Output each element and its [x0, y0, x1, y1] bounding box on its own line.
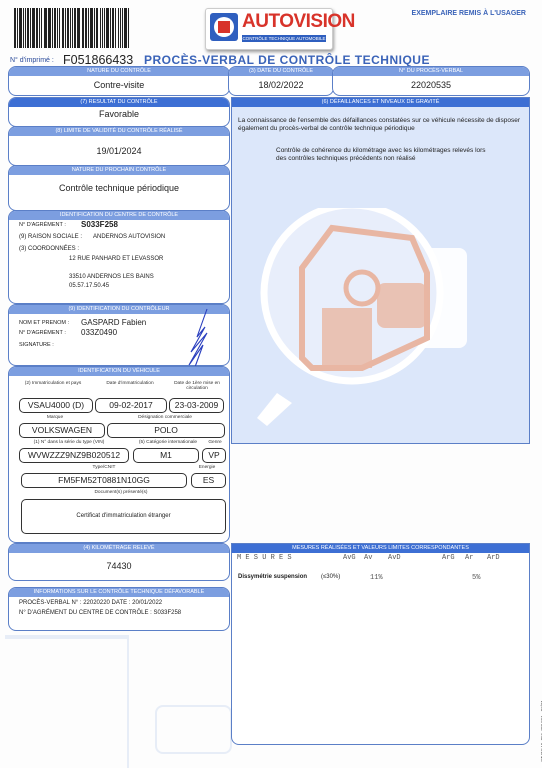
address-line1: 12 RUE PANHARD ET LEVASSOR	[69, 256, 163, 262]
resultat-value: Favorable	[9, 109, 229, 119]
defaillances-panel: (6) DÉFAILLANCES ET NIVEAUX DE GRAVITÉ L…	[231, 97, 530, 444]
col-arg: ArG	[442, 554, 455, 562]
resultat-header: (7) RESULTAT DU CONTRÔLE	[9, 98, 229, 107]
logo-name: AUTOVISION	[242, 11, 355, 33]
date-immat-label: Date d'immatriculation	[95, 381, 165, 386]
col-ard: ArD	[487, 554, 500, 562]
stamp-area	[5, 635, 129, 768]
date-controle-header: (3) DATE DU CONTRÔLE	[229, 67, 333, 76]
col-av: Av	[364, 554, 372, 562]
controleur-nom-label: NOM ET PRENOM :	[19, 320, 69, 326]
genre-label: Genre	[205, 440, 225, 445]
col-avg: AvG	[343, 554, 356, 562]
nature-controle-value: Contre-visite	[9, 80, 229, 90]
col-ar: Ar	[465, 554, 473, 562]
mesure-limit: (≤30%)	[321, 574, 340, 580]
address-line2: 33510 ANDERNOS LES BAINS	[69, 274, 154, 280]
resultat-box: (7) RESULTAT DU CONTRÔLE Favorable	[8, 97, 230, 127]
defavorable-header: INFORMATIONS SUR LE CONTRÔLE TECHNIQUE D…	[9, 588, 229, 597]
defavorable-line2: N° D'AGRÉMENT DU CENTRE DE CONTRÔLE : S0…	[19, 610, 181, 616]
energie-label: Energie	[189, 465, 225, 470]
logo-subtitle: CONTRÔLE TECHNIQUE AUTOMOBILE	[242, 35, 326, 42]
coordonnees-label: (3) COORDONNÉES :	[19, 246, 79, 252]
date-immat-field: 09-02-2017	[95, 398, 167, 413]
controleur-nom-value: GASPARD Fabien	[81, 318, 146, 327]
mesure-name: Dissymétrie suspension	[238, 574, 307, 580]
defavorable-line1: PROCÈS-VERBAL N° : 22020220 DATE : 20/01…	[19, 600, 162, 606]
kilometrage-box: (4) KILOMÉTRAGE RELEVÉ 74430	[8, 543, 230, 581]
designation-label: Désignation commerciale	[107, 415, 223, 420]
autovision-logo: AUTOVISION CONTRÔLE TECHNIQUE AUTOMOBILE	[205, 8, 333, 50]
immat-field: VSAU4000 (D)	[19, 398, 93, 413]
date-controle-value: 18/02/2022	[229, 80, 333, 90]
signature-label: SIGNATURE :	[19, 342, 54, 348]
pv-number-box: N° DU PROCÈS-VERBAL 22020535	[332, 66, 530, 96]
barcode	[14, 8, 130, 48]
vehicule-header: IDENTIFICATION DU VÉHICULE	[9, 367, 229, 376]
vin-field: WVWZZZ9NZ9B020512	[19, 448, 129, 463]
type-field: FM5FM52T0881N10GG	[21, 473, 187, 488]
nature-controle-header: NATURE DU CONTRÔLE	[9, 67, 229, 76]
documents-label: Document(s) présenté(s)	[19, 490, 223, 495]
prochain-controle-header: NATURE DU PROCHAIN CONTRÔLE	[9, 166, 229, 175]
nature-controle-box: NATURE DU CONTRÔLE Contre-visite	[8, 66, 230, 96]
date-controle-box: (3) DATE DU CONTRÔLE 18/02/2022	[228, 66, 334, 96]
energie-field: ES	[191, 473, 226, 488]
prochain-controle-value: Contrôle technique périodique	[9, 183, 229, 193]
designation-field: POLO	[107, 423, 225, 438]
kilometrage-value: 74430	[9, 561, 229, 571]
mesure-av-value: 11%	[370, 574, 383, 582]
validite-value: 19/01/2024	[9, 146, 229, 156]
centre-agrement-value: S033F258	[81, 220, 118, 229]
phone: 05.57.17.50.45	[69, 283, 109, 289]
kilometrage-header: (4) KILOMÉTRAGE RELEVÉ	[9, 544, 229, 553]
magnifier-car-watermark-icon	[252, 208, 522, 428]
pv-number-header: N° DU PROCÈS-VERBAL	[333, 67, 529, 76]
vehicule-box: IDENTIFICATION DU VÉHICULE (2) Immatricu…	[8, 366, 230, 543]
raison-sociale-label: (9) RAISON SOCIALE :	[19, 234, 82, 240]
imprime-number: F051866433	[63, 53, 133, 67]
categorie-field: M1	[133, 448, 199, 463]
validite-box: (8) LIMITE DE VALIDITÉ DU CONTRÔLE RÉALI…	[8, 126, 230, 166]
genre-field: VP	[202, 448, 226, 463]
date-1ere-label: Date de 1ère mise en circulation	[169, 381, 225, 391]
raison-sociale-value: ANDERNOS AUTOVISION	[93, 234, 165, 240]
exemplaire-label: EXEMPLAIRE REMIS À L'USAGER	[412, 10, 526, 17]
mesures-panel: MESURES RÉALISÉES ET VALEURS LIMITES COR…	[231, 543, 530, 745]
controleur-agrement-value: 033Z0490	[81, 328, 117, 337]
marque-label: Marque	[19, 415, 91, 420]
centre-header: IDENTIFICATION DU CENTRE DE CONTRÔLE	[9, 211, 229, 220]
type-label: Type/CNIT	[19, 465, 189, 470]
controleur-agrement-label: N° D'AGRÉMENT :	[19, 330, 66, 336]
defaillances-header: (6) DÉFAILLANCES ET NIVEAUX DE GRAVITÉ	[232, 98, 529, 107]
date-1ere-field: 23-03-2009	[169, 398, 224, 413]
col-mesures: M E S U R E S	[237, 554, 292, 562]
magnifier-car-icon	[210, 13, 238, 41]
kilometrage-note: Contrôle de cohérence du kilométrage ave…	[276, 147, 486, 163]
mesure-ar-value: 5%	[472, 574, 480, 582]
centre-agrement-label: N° D'AGRÉMENT :	[19, 222, 66, 228]
defaillances-text: La connaissance de l'ensemble des défail…	[238, 117, 523, 133]
marque-field: VOLKSWAGEN	[19, 423, 105, 438]
validite-header: (8) LIMITE DE VALIDITÉ DU CONTRÔLE RÉALI…	[9, 127, 229, 136]
vin-label: (1) N° dans la série du type (VIN)	[19, 440, 119, 445]
imprime-label: N° d'imprimé :	[10, 57, 54, 64]
prochain-controle-box: NATURE DU PROCHAIN CONTRÔLE Contrôle tec…	[8, 165, 230, 211]
col-avd: AvD	[388, 554, 401, 562]
categorie-label: (5) Catégorie internationale	[133, 440, 203, 445]
signature-scribble	[177, 307, 217, 369]
documents-field: Certificat d'immatriculation étranger	[21, 499, 226, 534]
defavorable-box: INFORMATIONS SUR LE CONTRÔLE TECHNIQUE D…	[8, 587, 230, 631]
pv-number-value: 22020535	[333, 80, 529, 90]
page-title: PROCÈS-VERBAL DE CONTRÔLE TECHNIQUE	[144, 53, 430, 67]
immat-label: (2) Immatriculation et pays	[11, 381, 95, 386]
controleur-box: (9) IDENTIFICATION DU CONTRÔLEUR NOM ET …	[8, 304, 230, 366]
stamp-area-small	[155, 705, 232, 754]
mesures-header: MESURES RÉALISÉES ET VALEURS LIMITES COR…	[232, 544, 529, 553]
centre-box: IDENTIFICATION DU CENTRE DE CONTRÔLE N° …	[8, 210, 230, 304]
